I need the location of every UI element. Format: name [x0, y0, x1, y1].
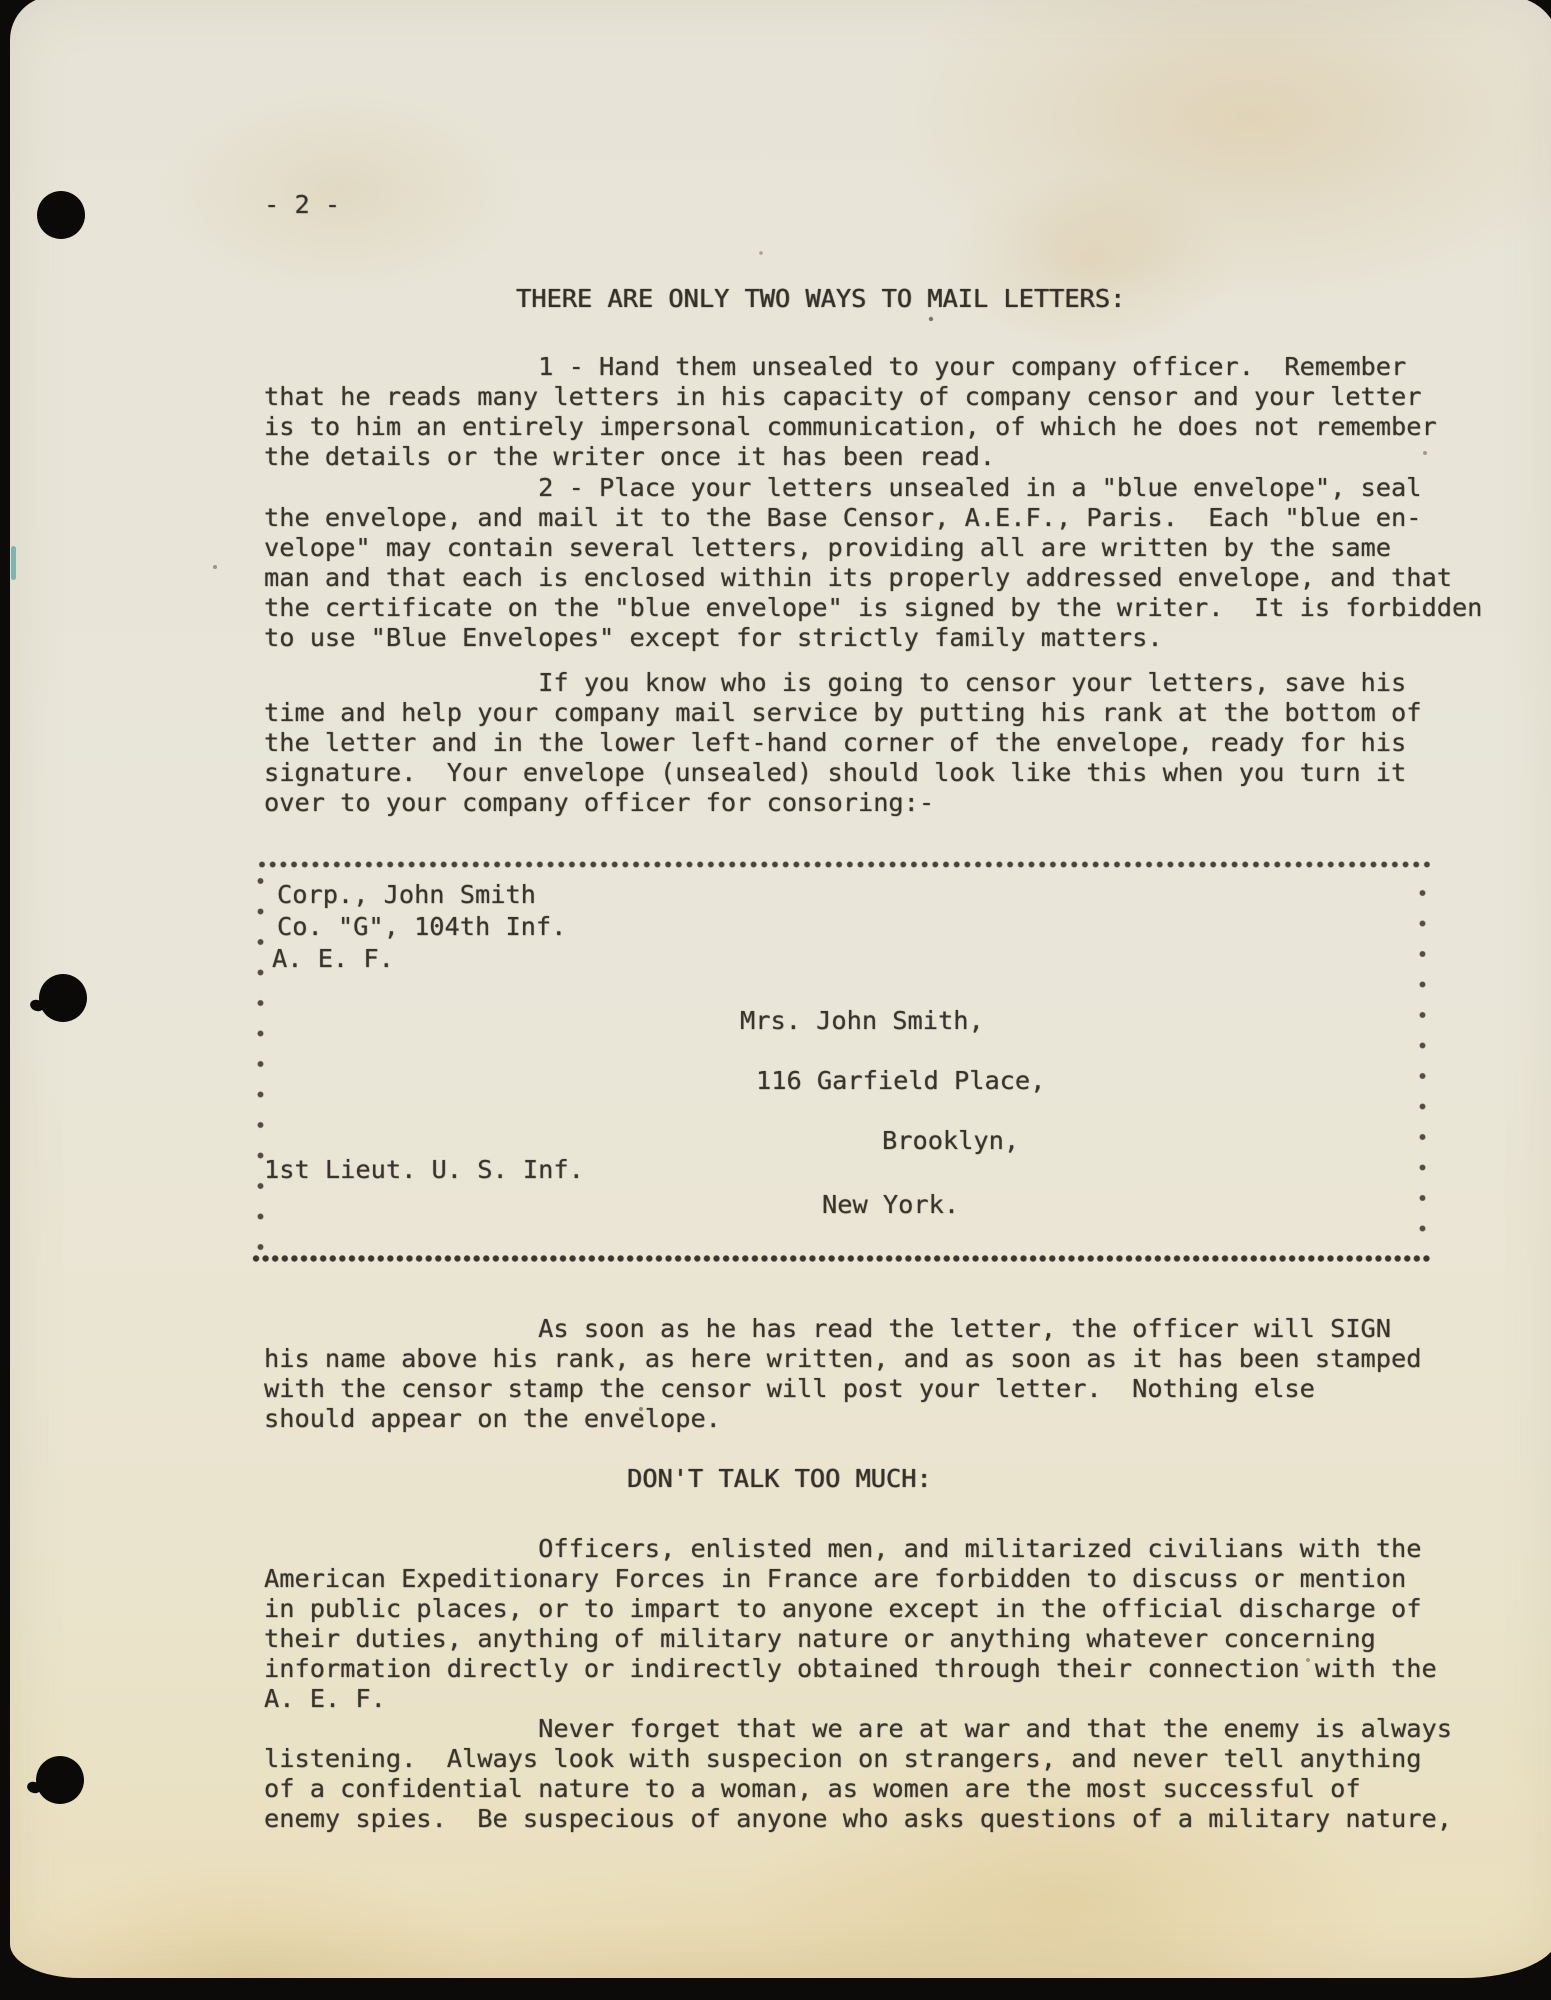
text-line: velope" may contain several letters, pro… [264, 533, 1482, 563]
page-number: - 2 - [264, 190, 340, 220]
section-heading-mail: THERE ARE ONLY TWO WAYS TO MAIL LETTERS: [516, 284, 1125, 314]
envelope-sender-line: Co. "G", 104th Inf. [277, 912, 566, 942]
text-line: with the censor stamp the censor will po… [264, 1374, 1421, 1404]
paragraph: 1 - Hand them unsealed to your company o… [264, 352, 1437, 472]
section-heading-talk: DON'T TALK TOO MUCH: [627, 1464, 932, 1494]
paragraph: Officers, enlisted men, and militarized … [264, 1534, 1437, 1714]
text-line: Officers, enlisted men, and militarized … [264, 1534, 1437, 1564]
envelope-recipient-line: Brooklyn, [882, 1126, 1019, 1156]
punch-hole [36, 1756, 84, 1804]
text-line: his name above his rank, as here written… [264, 1344, 1421, 1374]
text-line: A. E. F. [264, 1684, 1437, 1714]
paper-specks [0, 0, 2, 2]
envelope-border-bottom [252, 1254, 1432, 1263]
text-line: information directly or indirectly obtai… [264, 1654, 1437, 1684]
text-line: man and that each is enclosed within its… [264, 563, 1482, 593]
text-line: 1 - Hand them unsealed to your company o… [264, 352, 1437, 382]
envelope-recipient-line: New York. [822, 1190, 959, 1220]
text-line: listening. Always look with suspecion on… [264, 1744, 1452, 1774]
text-line: in public places, or to impart to anyone… [264, 1594, 1437, 1624]
text-line: to use "Blue Envelopes" except for stric… [264, 623, 1482, 653]
text-line: the envelope, and mail it to the Base Ce… [264, 503, 1482, 533]
teal-edge-mark [11, 546, 16, 580]
punch-hole [39, 974, 87, 1022]
paragraph: As soon as he has read the letter, the o… [264, 1314, 1421, 1434]
text-line: the certificate on the "blue envelope" i… [264, 593, 1482, 623]
paragraph: If you know who is going to censor your … [264, 668, 1421, 818]
text-line: American Expeditionary Forces in France … [264, 1564, 1437, 1594]
text-line: is to him an entirely impersonal communi… [264, 412, 1437, 442]
envelope-sender-line: A. E. F. [272, 944, 394, 974]
text-line: If you know who is going to censor your … [264, 668, 1421, 698]
text-line: that he reads many letters in his capaci… [264, 382, 1437, 412]
paragraph: 2 - Place your letters unsealed in a "bl… [264, 473, 1482, 653]
envelope-censor-rank-line: 1st Lieut. U. S. Inf. [264, 1155, 584, 1185]
text-line: the details or the writer once it has be… [264, 442, 1437, 472]
envelope-border-top [258, 860, 1430, 869]
text-line: enemy spies. Be suspecious of anyone who… [264, 1804, 1452, 1834]
envelope-recipient-line: 116 Garfield Place, [756, 1066, 1045, 1096]
text-line: their duties, anything of military natur… [264, 1624, 1437, 1654]
text-line: Never forget that we are at war and that… [264, 1714, 1452, 1744]
text-line: time and help your company mail service … [264, 698, 1421, 728]
punch-hole [37, 191, 85, 239]
text-line: of a confidential nature to a woman, as … [264, 1774, 1452, 1804]
envelope-border-left [256, 876, 265, 1256]
envelope-border-right [1418, 888, 1427, 1256]
envelope-recipient-line: Mrs. John Smith, [740, 1006, 984, 1036]
scanned-document: - 2 - THERE ARE ONLY TWO WAYS TO MAIL LE… [0, 0, 1551, 2000]
text-line: over to your company officer for consori… [264, 788, 1421, 818]
text-line: should appear on the envelope. [264, 1404, 1421, 1434]
text-line: signature. Your envelope (unsealed) shou… [264, 758, 1421, 788]
text-line: As soon as he has read the letter, the o… [264, 1314, 1421, 1344]
text-line: the letter and in the lower left-hand co… [264, 728, 1421, 758]
paragraph: Never forget that we are at war and that… [264, 1714, 1452, 1834]
text-line: 2 - Place your letters unsealed in a "bl… [264, 473, 1482, 503]
envelope-sender-line: Corp., John Smith [277, 880, 536, 910]
